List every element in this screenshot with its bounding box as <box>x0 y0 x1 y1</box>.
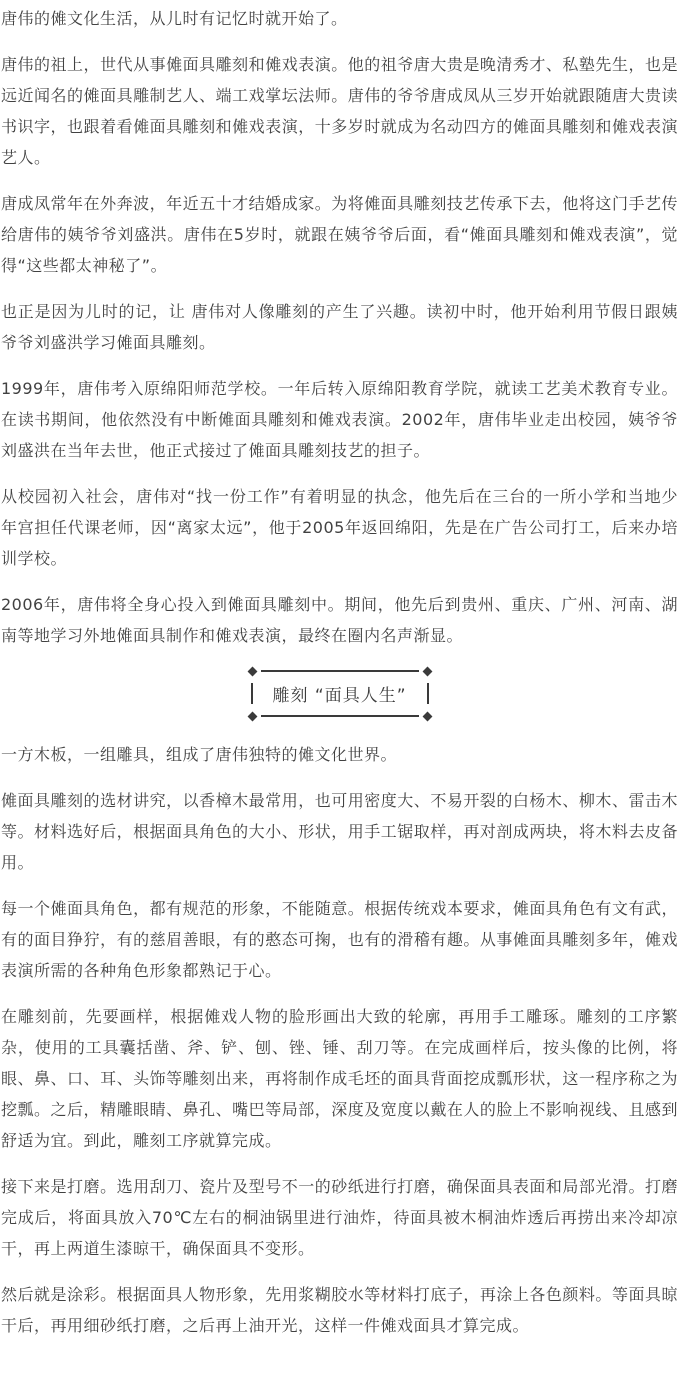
paragraph-11: 在雕刻前，先要画样，根据傩戏人物的脸形画出大致的轮廓，再用手工雕琢。雕刻的工序繁… <box>1 1001 678 1156</box>
section-title-box: 雕刻 “面具人生” <box>249 666 431 721</box>
diamond-icon <box>247 666 257 676</box>
vertical-rule <box>427 683 429 704</box>
section-title-bottom-border <box>249 711 431 721</box>
paragraph-2: 唐伟的祖上，世代从事傩面具雕刻和傩戏表演。他的祖爷唐大贵是晚清秀才、私塾先生，也… <box>1 49 678 173</box>
paragraph-8: 一方木板，一组雕具，组成了唐伟独特的傩文化世界。 <box>1 739 678 770</box>
paragraph-6: 从校园初入社会，唐伟对“找一份工作”有着明显的执念，他先后在三台的一所小学和当地… <box>1 481 678 574</box>
paragraph-4: 也正是因为儿时的记，让 唐伟对人像雕刻的产生了兴趣。读初中时，他开始利用节假日跟… <box>1 296 678 358</box>
paragraph-9: 傩面具雕刻的选材讲究，以香樟木最常用，也可用密度大、不易开裂的白杨木、柳木、雷击… <box>1 785 678 878</box>
section-title: 雕刻 “面具人生” <box>272 681 406 706</box>
section-title-middle: 雕刻 “面具人生” <box>249 681 431 706</box>
vertical-rule <box>251 683 253 704</box>
paragraph-7: 2006年，唐伟将全身心投入到傩面具雕刻中。期间，他先后到贵州、重庆、广州、河南… <box>1 589 678 651</box>
paragraph-13: 然后就是涂彩。根据面具人物形象，先用浆糊胶水等材料打底子，再涂上各色颜料。等面具… <box>1 1279 678 1341</box>
paragraph-10: 每一个傩面具角色，都有规范的形象，不能随意。根据传统戏本要求，傩面具角色有文有武… <box>1 893 678 986</box>
divider-line <box>261 715 419 717</box>
paragraph-1: 唐伟的傩文化生活，从儿时有记忆时就开始了。 <box>1 3 678 34</box>
divider-line <box>261 670 419 672</box>
diamond-icon <box>247 711 257 721</box>
paragraph-5: 1999年，唐伟考入原绵阳师范学校。一年后转入原绵阳教育学院，就读工艺美术教育专… <box>1 373 678 466</box>
diamond-icon <box>422 711 432 721</box>
section-title-top-border <box>249 666 431 676</box>
paragraph-12: 接下来是打磨。选用刮刀、瓷片及型号不一的砂纸进行打磨，确保面具表面和局部光滑。打… <box>1 1171 678 1264</box>
diamond-icon <box>422 666 432 676</box>
paragraph-3: 唐成凤常年在外奔波，年近五十才结婚成家。为将傩面具雕刻技艺传承下去，他将这门手艺… <box>1 188 678 281</box>
article: 唐伟的傩文化生活，从儿时有记忆时就开始了。 唐伟的祖上，世代从事傩面具雕刻和傩戏… <box>0 0 680 1376</box>
